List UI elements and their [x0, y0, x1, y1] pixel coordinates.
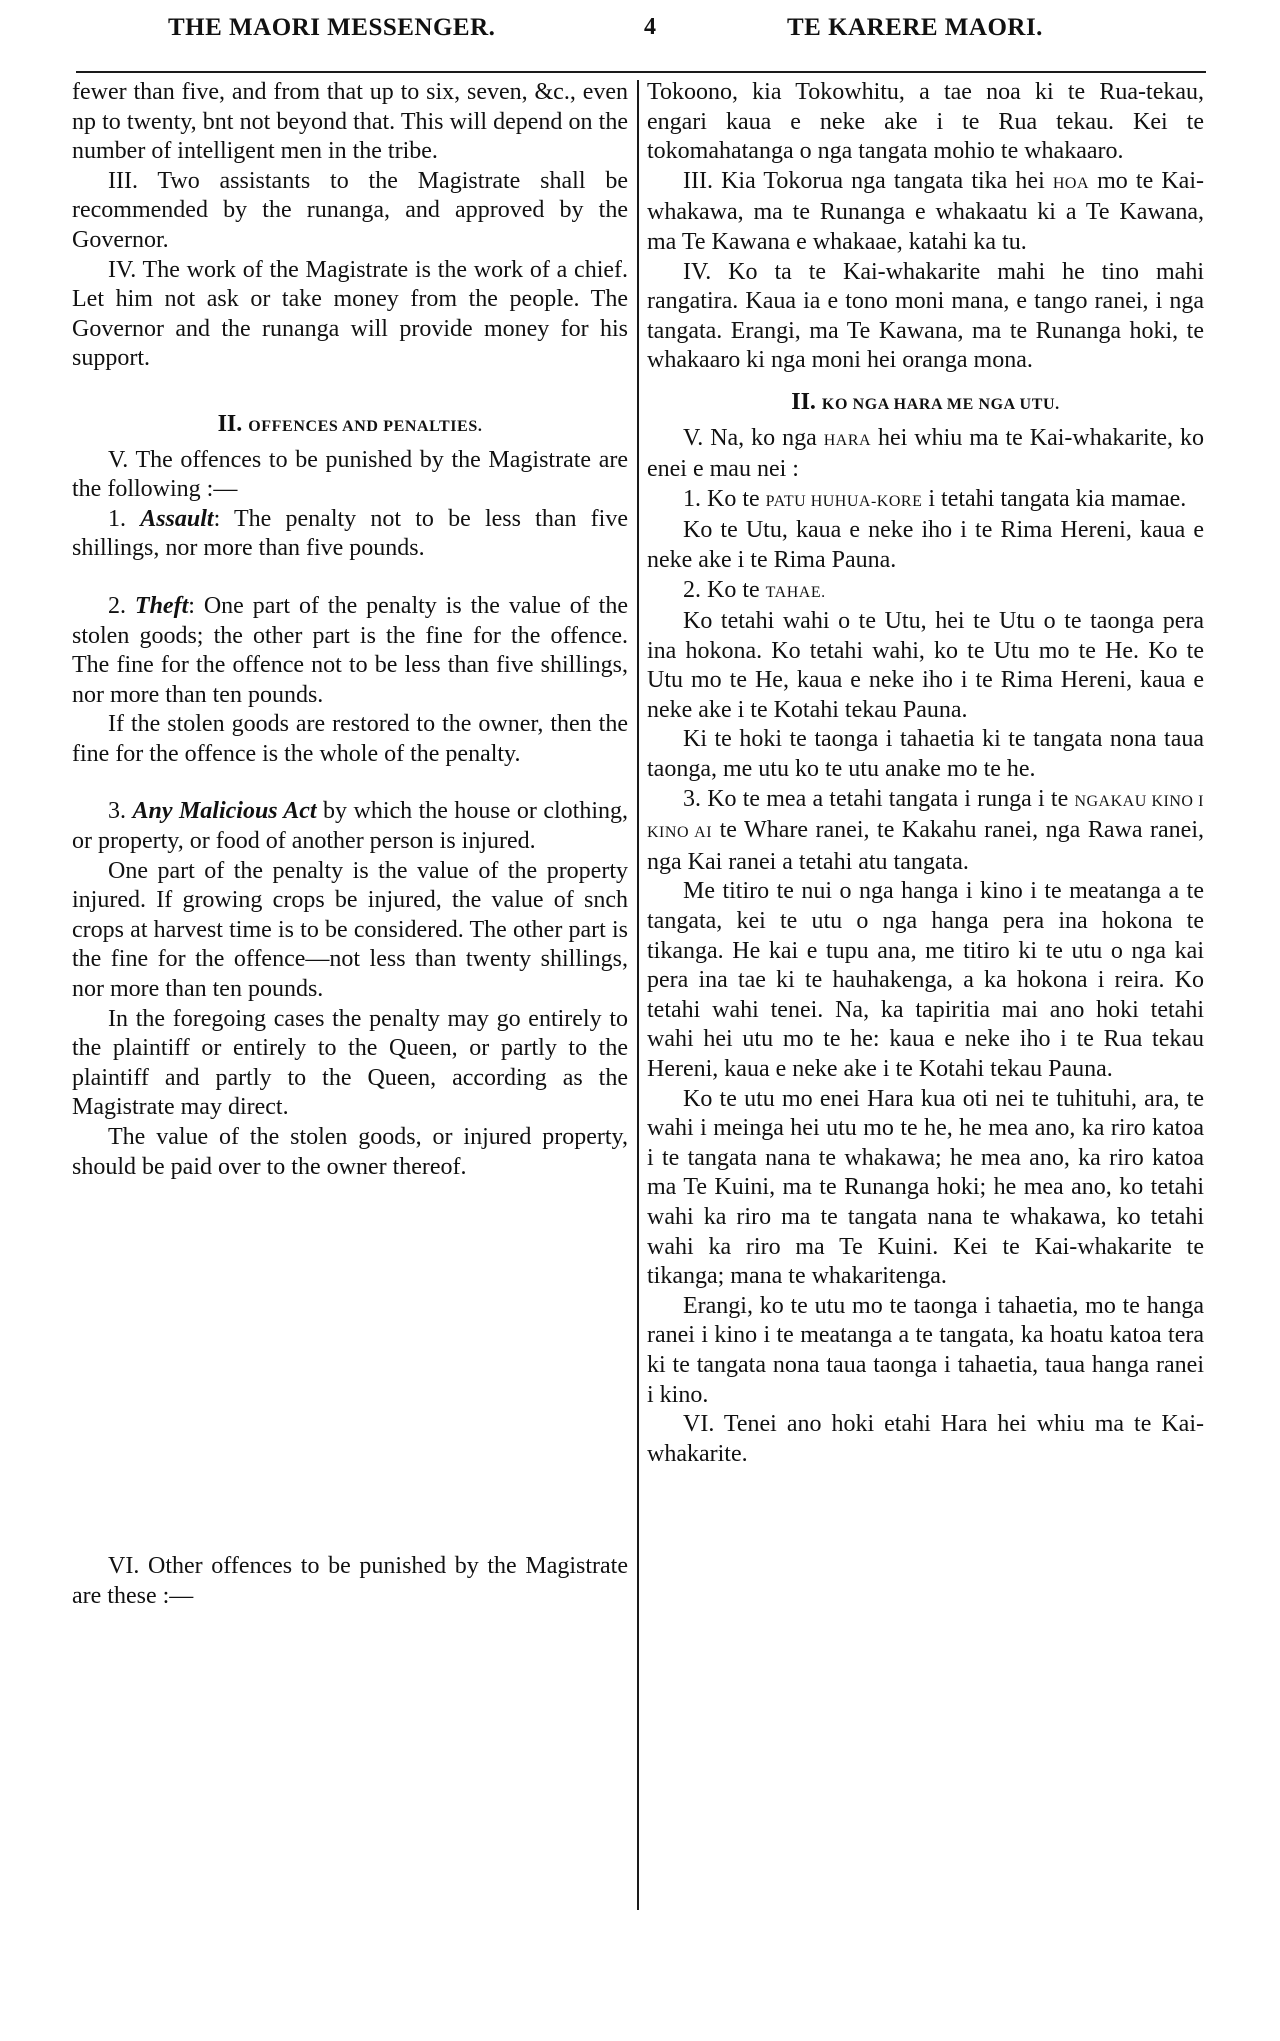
page-header: THE MAORI MESSENGER. 4 TE KARERE MAORI.: [0, 0, 1280, 60]
section-title: KO NGA HARA ME NGA UTU.: [822, 396, 1060, 413]
section-number: II.: [218, 411, 243, 437]
paragraph: fewer than five, and from that up to six…: [72, 78, 628, 167]
paragraph: The value of the stolen goods, or injure…: [72, 1123, 628, 1182]
section-heading: II. KO NGA HARA ME NGA UTU.: [647, 388, 1204, 420]
text-run: V. Na, ko nga: [683, 425, 824, 451]
paragraph: If the stolen goods are restored to the …: [72, 710, 628, 769]
offence-item-1: 1. Ko te PATU HUHUA-KORE i tetahi tangat…: [647, 485, 1204, 517]
paragraph: In the foregoing cases the penalty may g…: [72, 1005, 628, 1123]
text-run: 3. Ko te mea a tetahi tangata i runga i …: [683, 786, 1074, 812]
offence-item-2: 2. Ko te TAHAE.: [647, 576, 1204, 608]
item-number: 1.: [108, 506, 126, 532]
small-caps-term: HARA: [824, 432, 871, 449]
paragraph: Me titiro te nui o nga hanga i kino i te…: [647, 877, 1204, 1084]
offence-item-2: 2. Theft: One part of the penalty is the…: [72, 592, 628, 710]
item-number: 3.: [108, 798, 126, 824]
paragraph: Ko te Utu, kaua e neke iho i te Rima Her…: [647, 516, 1204, 575]
clause-iv: IV. The work of the Magistrate is the wo…: [72, 256, 628, 374]
text-run: 2. Ko te: [683, 577, 766, 603]
text-run: 1. Ko te: [683, 486, 766, 512]
paragraph: Tokoono, kia Tokowhitu, a tae noa ki te …: [647, 78, 1204, 167]
small-caps-term: TAHAE.: [766, 584, 826, 601]
page-number: 4: [644, 14, 657, 41]
offence-item-3: 3. Any Malicious Act by which the house …: [72, 797, 628, 856]
paragraph: Ko tetahi wahi o te Utu, hei te Utu o te…: [647, 607, 1204, 725]
text-run: i tetahi tangata kia mamae.: [922, 486, 1186, 512]
offence-term: Theft: [135, 593, 188, 619]
offence-term: Assault: [140, 506, 213, 532]
clause-iii: III. Kia Tokorua nga tangata tika hei HO…: [647, 167, 1204, 258]
text-run: III. Kia Tokorua nga tangata tika hei: [683, 168, 1053, 194]
english-column: fewer than five, and from that up to six…: [72, 78, 628, 1611]
masthead-maori: TE KARERE MAORI.: [787, 14, 1043, 42]
offence-term: Any Malicious Act: [132, 798, 316, 824]
offence-item-3: 3. Ko te mea a tetahi tangata i runga i …: [647, 785, 1204, 878]
paragraph: Ki te hoki te taonga i tahaetia ki te ta…: [647, 725, 1204, 784]
item-number: 2.: [108, 593, 126, 619]
clause-v: V. The offences to be punished by the Ma…: [72, 446, 628, 505]
clause-vi: VI. Tenei ano hoki etahi Hara hei whiu m…: [647, 1410, 1204, 1469]
small-caps-term: HOA: [1053, 175, 1089, 192]
masthead-english: THE MAORI MESSENGER.: [168, 14, 495, 42]
clause-iv: IV. Ko ta te Kai-whakarite mahi he tino …: [647, 258, 1204, 376]
offence-item-1: 1. Assault: The penalty not to be less t…: [72, 505, 628, 564]
column-divider: [637, 80, 639, 1910]
paragraph: Ko te utu mo enei Hara kua oti nei te tu…: [647, 1085, 1204, 1292]
maori-column: Tokoono, kia Tokowhitu, a tae noa ki te …: [647, 78, 1204, 1469]
section-number: II.: [791, 389, 816, 415]
section-title: OFFENCES AND PENALTIES.: [248, 418, 482, 435]
text-run: te Whare ranei, te Kakahu ranei, nga Raw…: [647, 817, 1204, 875]
small-caps-term: PATU HUHUA-KORE: [766, 493, 923, 510]
clause-iii: III. Two assistants to the Magistrate sh…: [72, 167, 628, 256]
section-heading: II. OFFENCES AND PENALTIES.: [72, 410, 628, 442]
clause-v: V. Na, ko nga HARA hei whiu ma te Kai-wh…: [647, 424, 1204, 485]
header-rule: [76, 71, 1206, 73]
paragraph: Erangi, ko te utu mo te taonga i tahaeti…: [647, 1292, 1204, 1410]
paragraph: One part of the penalty is the value of …: [72, 857, 628, 1005]
clause-vi: VI. Other offences to be punished by the…: [72, 1552, 628, 1611]
